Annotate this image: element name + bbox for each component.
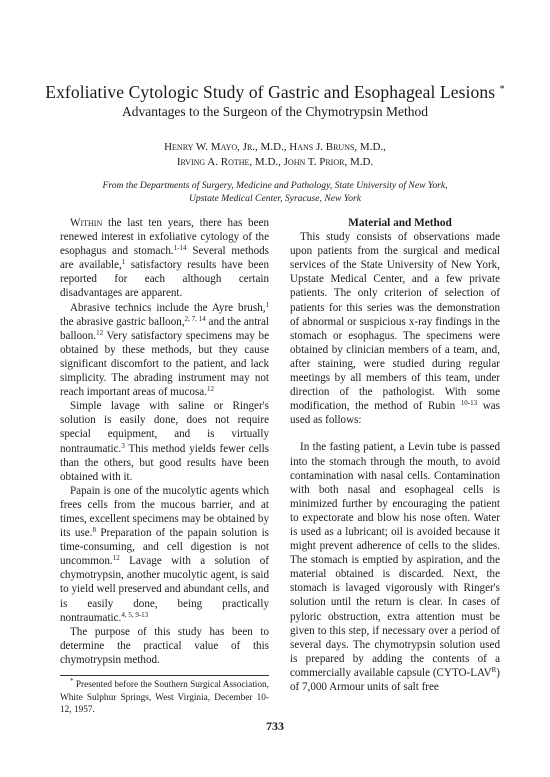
paragraph: Abrasive technics include the Ayre brush…	[60, 301, 269, 400]
reference: 4, 5, 9-13	[121, 611, 148, 619]
paragraph: This study consists of observations made…	[290, 230, 500, 427]
reference: 12	[113, 554, 120, 562]
page-number: 733	[0, 719, 550, 734]
text: This study consists of observations made…	[290, 231, 500, 412]
section-heading: Material and Method	[290, 216, 500, 230]
reference: 12	[96, 329, 103, 337]
author-list: Henry W. Mayo, Jr., M.D., Hans J. Bruns,…	[0, 140, 550, 170]
left-column: Within the last ten years, there has bee…	[60, 216, 269, 667]
reference: 1	[266, 301, 270, 309]
authors-line-2: Irving A. Rothe, M.D., John T. Prior, M.…	[0, 155, 550, 170]
paragraph: In the fasting patient, a Levin tube is …	[290, 440, 500, 694]
text: In the fasting patient, a Levin tube is …	[290, 441, 500, 679]
reference: 12	[207, 385, 214, 393]
text: the abrasive gastric balloon,	[60, 316, 185, 328]
lead-word: Within	[70, 217, 102, 229]
reference: 2, 7, 14	[185, 315, 206, 323]
article-title: Exfoliative Cytologic Study of Gastric a…	[0, 82, 550, 103]
paragraph: Simple lavage with saline or Ringer's so…	[60, 399, 269, 484]
footnote-text: * Presented before the Southern Surgical…	[60, 679, 269, 717]
title-footnote-mark: *	[500, 84, 505, 95]
text: Presented before the Southern Surgical A…	[60, 680, 269, 715]
reference: 10-13	[461, 399, 477, 407]
authors-line-1: Henry W. Mayo, Jr., M.D., Hans J. Bruns,…	[0, 140, 550, 155]
affiliation: From the Departments of Surgery, Medicin…	[0, 179, 550, 205]
right-column: Material and Method This study consists …	[290, 216, 500, 694]
footnote: * Presented before the Southern Surgical…	[60, 679, 269, 717]
paragraph: Within the last ten years, there has bee…	[60, 216, 269, 301]
paragraph: The purpose of this study has been to de…	[60, 625, 269, 667]
paragraph: Papain is one of the mucolytic agents wh…	[60, 484, 269, 625]
spacer	[290, 427, 500, 440]
footnote-rule	[60, 675, 269, 676]
affiliation-line-1: From the Departments of Surgery, Medicin…	[0, 179, 550, 192]
article-subtitle: Advantages to the Surgeon of the Chymotr…	[0, 104, 550, 120]
title-text: Exfoliative Cytologic Study of Gastric a…	[45, 82, 495, 102]
affiliation-line-2: Upstate Medical Center, Syracuse, New Yo…	[0, 192, 550, 205]
reference: 1-14	[174, 244, 187, 252]
text: Abrasive technics include the Ayre brush…	[70, 302, 266, 314]
